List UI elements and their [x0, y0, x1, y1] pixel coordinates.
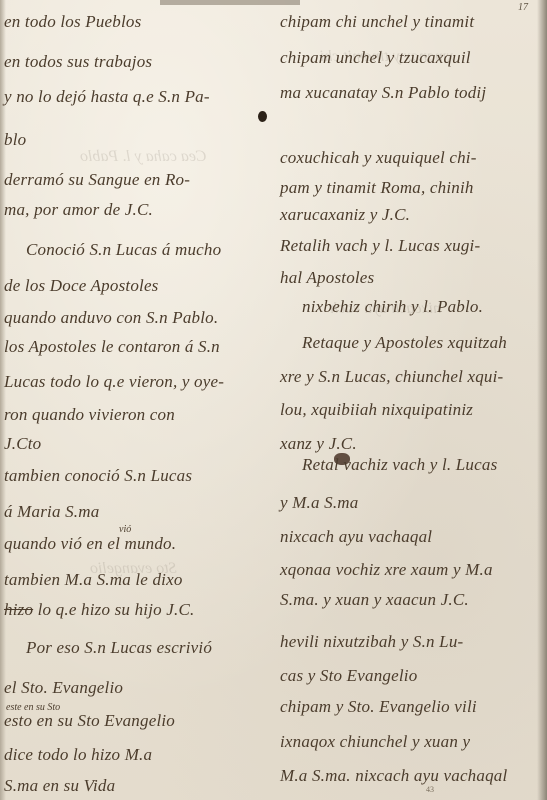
- text-line: nixbehiz chirih y l. Pablo.: [280, 297, 483, 317]
- text-line: J.Cto: [4, 434, 41, 454]
- text-line: tambien M.a S.ma le dixo: [4, 570, 183, 590]
- text-line: ixnaqox chiunchel y xuan y: [280, 732, 470, 752]
- text-line: Retalih vach y l. Lucas xugi-: [280, 236, 480, 256]
- text-line: dice todo lo hizo M.a: [4, 745, 152, 765]
- text-line: xanz y J.C.: [280, 434, 357, 454]
- text-line: esto en su Sto Evangelio: [4, 711, 175, 731]
- text-line: quando vió en el mundo.: [4, 534, 176, 554]
- text-line: hal Apostoles: [280, 268, 374, 288]
- text-line: chipam unchel y tzucaxquil: [280, 48, 471, 68]
- text-line: los Apostoles le contaron á S.n: [4, 337, 220, 357]
- text-line: pam y tinamit Roma, chinih: [280, 178, 474, 198]
- footer-mark: 43: [426, 785, 434, 794]
- text-line: lou, xquibiiah nixquipatiniz: [280, 400, 473, 420]
- text-line: chipam y Sto. Evangelio vili: [280, 697, 477, 717]
- text-line: Retaque y Apostoles xquitzah: [280, 333, 507, 353]
- ink-blot: [258, 111, 267, 122]
- text-line: nixcach ayu vachaqal: [280, 527, 432, 547]
- text-line: M.a S.ma. nixcach ayu vachaqal: [280, 766, 507, 786]
- text-line: chipam chi unchel y tinamit: [280, 12, 474, 32]
- text-line: blo: [4, 130, 26, 150]
- text-line: Retal vachiz vach y l. Lucas: [280, 455, 497, 475]
- text-line: cas y Sto Evangelio: [280, 666, 417, 686]
- text-line: xarucaxaniz y J.C.: [280, 205, 410, 225]
- text-line: Lucas todo lo q.e vieron, y oye-: [4, 372, 224, 392]
- text-line: S.ma. y xuan y xaacun J.C.: [280, 590, 469, 610]
- text-line: el Sto. Evangelio: [4, 678, 123, 698]
- text-line: de los Doce Apostoles: [4, 276, 159, 296]
- text-line: á Maria S.ma: [4, 502, 99, 522]
- text-line: en todo los Pueblos: [4, 12, 141, 32]
- text-line: derramó su Sangue en Ro-: [4, 170, 190, 190]
- text-line: ma, por amor de J.C.: [4, 200, 153, 220]
- text-line: coxuchicah y xuquiquel chi-: [280, 148, 477, 168]
- text-line: y no lo dejó hasta q.e S.n Pa-: [4, 87, 210, 107]
- text-line: hizo lo q.e hizo su hijo J.C.: [4, 600, 194, 620]
- text-line: ron quando vivieron con: [4, 405, 175, 425]
- text-line: xqonaa vochiz xre xaum y M.a: [280, 560, 493, 580]
- text-line: ma xucanatay S.n Pablo todij: [280, 83, 486, 103]
- text-line: y M.a S.ma: [280, 493, 358, 513]
- folio-number: 17: [518, 2, 528, 13]
- text-line: quando anduvo con S.n Pablo.: [4, 308, 218, 328]
- text-line: tambien conoció S.n Lucas: [4, 466, 192, 486]
- text-line: Por eso S.n Lucas escrivió: [4, 638, 212, 658]
- text-line: S.ma en su Vida: [4, 776, 115, 796]
- text-line: Conoció S.n Lucas á mucho: [4, 240, 221, 260]
- bleed-through-text: Cea caha y l. Pablo: [80, 148, 207, 166]
- text-line: hevili nixutzibah y S.n Lu-: [280, 632, 463, 652]
- manuscript-page: xmanax y tinamit chi Cea caha y l. Pablo…: [0, 0, 547, 800]
- text-line: xre y S.n Lucas, chiunchel xqui-: [280, 367, 503, 387]
- struck-word: hizo: [4, 600, 33, 619]
- text-line: en todos sus trabajos: [4, 52, 152, 72]
- binding-shadow: [160, 0, 300, 5]
